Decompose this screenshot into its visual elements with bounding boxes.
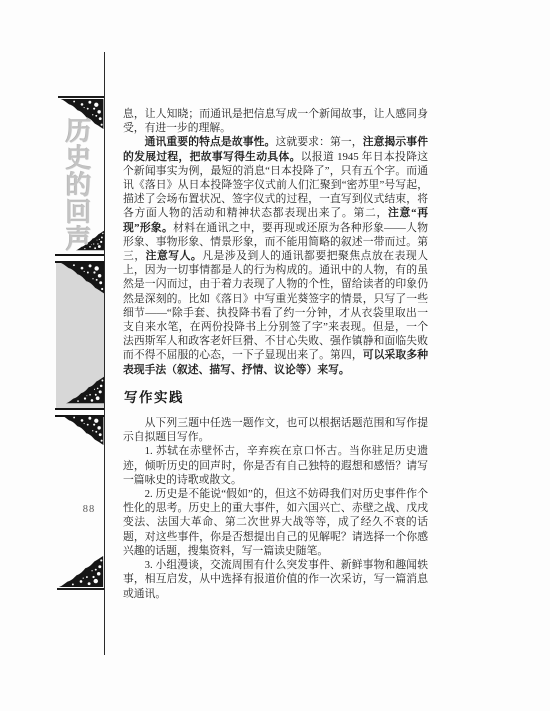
margin-vertical-rule: [104, 52, 105, 655]
section-heading-writing-practice: 写作实践: [124, 391, 428, 405]
chapter-title-vertical: 历史的回声: [63, 117, 90, 257]
writing-task-item-1: 1. 苏轼在赤壁怀古，辛弃疾在京口怀古。当你驻足历史遗迹，倾听历史的回声时，你是…: [123, 444, 428, 487]
textbook-page: 历史的回声 88 息，让人知晓；而通讯是把信息写成一个新闻故事，让人感同身受，有…: [0, 0, 550, 711]
lace-ornament-below-upper-rule: [60, 261, 104, 295]
lace-ornament-below-lower-rule: [60, 415, 104, 445]
margin-top-rule: [58, 96, 104, 98]
writing-task-item-2: 2. 历史是不能说“假如”的，但这不妨碍我们对历史事件作个性化的思考。历史上的重…: [123, 487, 428, 558]
lace-ornament-bottom: [58, 556, 104, 587]
paragraph-features: 通讯重要的特点是故事性。这就要求：第一，注意揭示事件的发展过程，把故事写得生动具…: [123, 135, 428, 376]
text-segment: 这就要求：第一，: [275, 136, 362, 148]
text-segment: 凡是涉及到人的通讯都要把聚焦点放在表现人上，因为一切事情都是人的行为构成的。通讯…: [123, 250, 428, 361]
text-segment: 注意写人。: [146, 250, 203, 262]
paragraph-continuation: 息，让人知晓；而通讯是把信息写成一个新闻故事，让人感同身受，有进一步的理解。: [123, 107, 428, 135]
lace-ornament-above-lower-rule: [66, 373, 104, 407]
text-segment: 通讯重要的特点是故事性。: [145, 136, 276, 148]
writing-task-item-3: 3. 小组漫谈，交流周围有什么突发事件、新鲜事物和趣闻轶事，相互启发，从中选择有…: [123, 558, 428, 601]
margin-bottom-rule: [57, 588, 104, 590]
paragraph-intro: 从下列三题中任选一题作文，也可以根据话题范围和写作提示自拟题目写作。: [123, 416, 428, 444]
main-text-column: 息，让人知晓；而通讯是把信息写成一个新闻故事，让人感同身受，有进一步的理解。 通…: [123, 107, 428, 601]
page-number: 88: [76, 504, 102, 515]
